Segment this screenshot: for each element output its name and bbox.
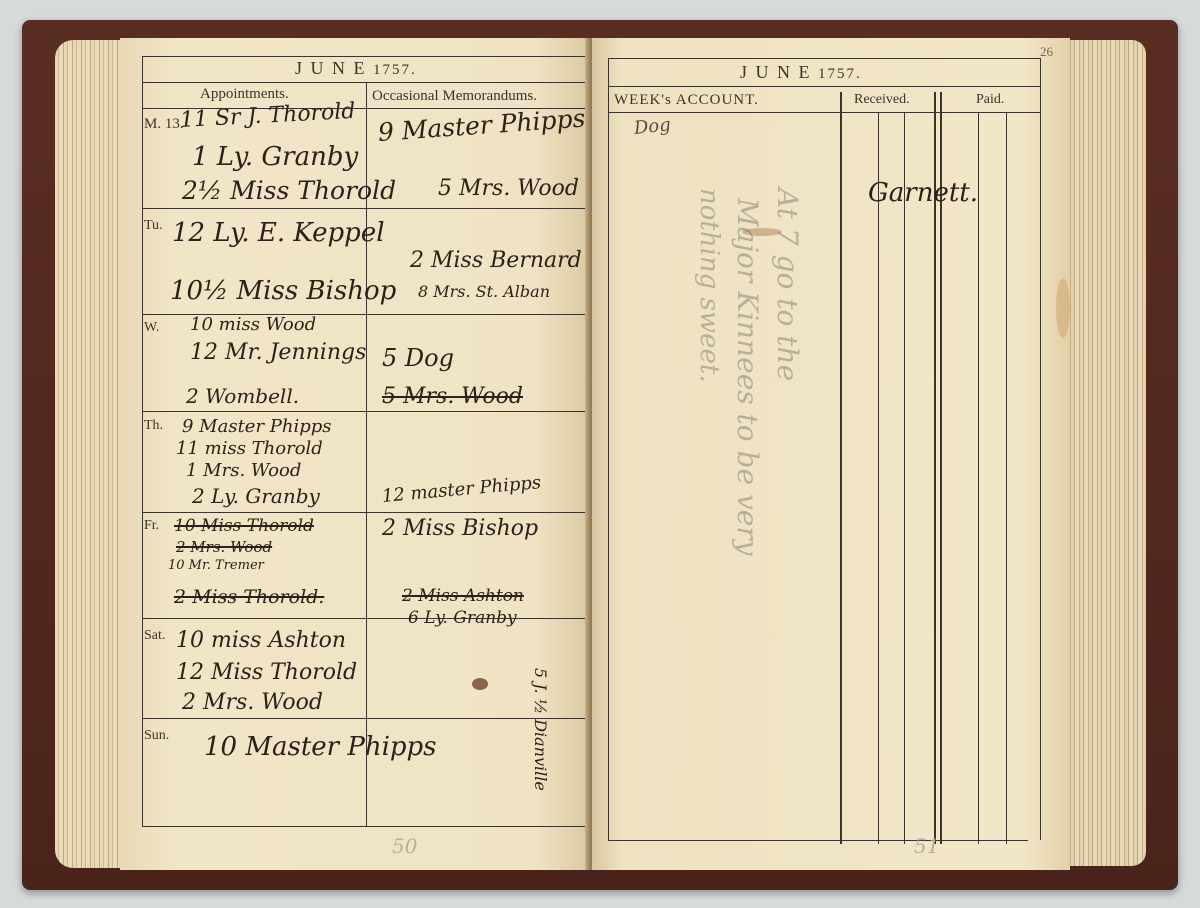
handwritten-entry: 10 miss Ashton (176, 628, 346, 653)
right-page: 26 J U N E 1757. WEEK's ACCOUNT. Receive… (592, 38, 1070, 870)
bottom-rule (142, 826, 586, 827)
account-divider (840, 92, 842, 844)
day-rule (142, 512, 586, 513)
handwritten-memo-struck: 2 Miss Ashton (402, 586, 524, 606)
day-rule (142, 411, 586, 412)
handwritten-entry: 12 Miss Thorold (176, 660, 357, 685)
weeks-account-header: WEEK's ACCOUNT. (614, 92, 759, 109)
stain (742, 228, 782, 236)
column-header-rule (608, 112, 1040, 113)
handwritten-received-note: Garnett. (868, 178, 978, 208)
received-header: Received. (854, 92, 910, 108)
handwritten-entry: 2 Wombell. (186, 384, 299, 408)
handwritten-memo: 6 Ly. Granby (408, 608, 517, 628)
day-label-tuesday: Tu. (144, 218, 163, 234)
handwritten-entry: 12 Mr. Jennings (190, 340, 366, 365)
ink-blot (472, 678, 488, 690)
day-label-thursday: Th. (144, 418, 163, 434)
page-edges-right (1062, 40, 1146, 866)
handwritten-entry: 11 miss Thorold (176, 438, 323, 459)
left-frame-line (608, 58, 609, 840)
pencil-note-line: At 7 go to the (771, 188, 804, 381)
day-label-saturday: Sat. (144, 628, 165, 644)
handwritten-entry: 1 Ly. Granby (192, 142, 358, 172)
ledger-column-line (878, 112, 879, 844)
handwritten-memo: 2 Miss Bishop (382, 516, 538, 541)
memoranda-header: Occasional Memorandums. (372, 88, 537, 105)
handwritten-entry: 10 Mr. Tremer (168, 558, 264, 573)
pencil-page-number: 51 (914, 834, 939, 858)
ledger-column-line (1006, 112, 1007, 844)
handwritten-entry: 9 Master Phipps (182, 416, 332, 437)
handwritten-entry: 1 Mrs. Wood (186, 460, 301, 481)
day-label-friday: Fr. (144, 518, 159, 534)
left-page: J U N E 1757. Appointments. Occasional M… (120, 38, 588, 870)
top-rule (608, 58, 1040, 59)
header-rule (608, 86, 1040, 87)
day-rule (142, 618, 586, 619)
handwritten-entry: 2 Mrs. Wood (182, 690, 323, 715)
stain (1056, 278, 1070, 338)
pencil-note-line: Major Kinnees to be very (731, 198, 764, 556)
appointments-header: Appointments. (200, 86, 289, 103)
top-rule (142, 56, 586, 57)
ledger-column-line (904, 112, 905, 844)
month-header: J U N E 1757. (295, 58, 417, 79)
paid-header: Paid. (976, 92, 1004, 108)
bottom-rule (608, 840, 1028, 841)
handwritten-memo-struck: 5 Mrs. Wood (382, 384, 523, 409)
day-label-wednesday: W. (144, 320, 159, 336)
day-label-monday: M. 13. (144, 116, 184, 133)
page-number: 26 (1040, 44, 1053, 60)
handwritten-entry-struck: 2 Miss Thorold. (174, 586, 324, 608)
handwritten-memo: 8 Mrs. St. Alban (418, 282, 550, 301)
handwritten-entry: 10 miss Wood (190, 314, 316, 335)
handwritten-entry: 2 Ly. Granby (192, 484, 320, 508)
handwritten-entry: 10 Master Phipps (204, 732, 437, 762)
month-header: J U N E 1757. (740, 62, 862, 83)
day-rule (142, 718, 586, 719)
right-frame-line (1040, 58, 1041, 840)
day-label-sunday: Sun. (144, 728, 169, 744)
ledger-column-line (978, 112, 979, 844)
handwritten-memo: 2 Miss Bernard (410, 248, 582, 273)
handwritten-entry: 2½ Miss Thorold (182, 176, 396, 205)
handwritten-entry-dog: Dog (633, 114, 672, 139)
margin-note: 5 J. ½ Dianville (531, 668, 550, 791)
handwritten-memo: 5 Dog (382, 344, 454, 372)
pencil-note-line: nothing sweet. (694, 188, 724, 383)
pencil-page-number: 50 (392, 834, 417, 858)
handwritten-entry-struck: 2 Mrs. Wood (176, 538, 272, 556)
day-rule (142, 208, 586, 209)
handwritten-memo: 5 Mrs. Wood (438, 176, 579, 201)
handwritten-entry: 12 Ly. E. Keppel (172, 218, 385, 248)
handwritten-entry-struck: 10 Miss Thorold (174, 516, 314, 536)
handwritten-entry: 10½ Miss Bishop (170, 276, 396, 306)
header-rule (142, 82, 586, 83)
